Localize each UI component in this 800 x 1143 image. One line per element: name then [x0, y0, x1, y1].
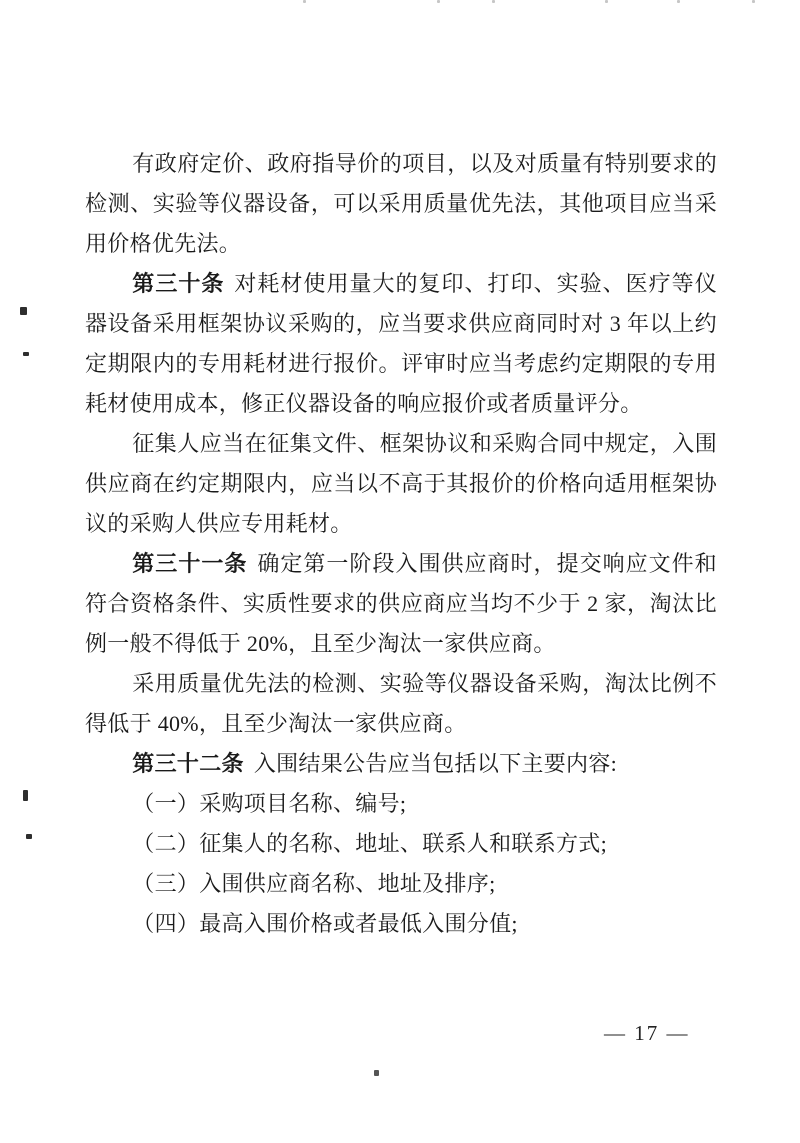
article-number: 第三十二条	[132, 751, 244, 776]
paragraph-text: 征集人应当在征集文件、框架协议和采购合同中规定，入围供应商在约定期限内，应当以不…	[85, 431, 717, 536]
paragraph-article-32: 第三十二条入围结果公告应当包括以下主要内容:	[85, 744, 717, 784]
scan-artifact	[605, 0, 608, 3]
paragraph-text: （四）最高入围价格或者最低入围分值;	[132, 911, 518, 936]
document-body: 有政府定价、政府指导价的项目，以及对质量有特别要求的检测、实验等仪器设备，可以采…	[85, 144, 717, 944]
scan-artifact	[752, 0, 755, 3]
scan-artifact	[20, 307, 27, 315]
scan-artifact	[492, 0, 495, 3]
scan-artifact	[374, 1070, 379, 1076]
paragraph: 有政府定价、政府指导价的项目，以及对质量有特别要求的检测、实验等仪器设备，可以采…	[85, 144, 717, 264]
scan-artifact	[437, 0, 440, 3]
paragraph-text: 有政府定价、政府指导价的项目，以及对质量有特别要求的检测、实验等仪器设备，可以采…	[85, 151, 717, 256]
scan-artifact	[677, 0, 680, 3]
paragraph-article-31: 第三十一条确定第一阶段入围供应商时，提交响应文件和符合资格条件、实质性要求的供应…	[85, 544, 717, 664]
list-item-2: （二）征集人的名称、地址、联系人和联系方式;	[85, 824, 717, 864]
paragraph: 采用质量优先法的检测、实验等仪器设备采购，淘汰比例不得低于 40%，且至少淘汰一…	[85, 664, 717, 744]
article-number: 第三十一条	[132, 551, 247, 576]
list-item-4: （四）最高入围价格或者最低入围分值;	[85, 904, 717, 944]
paragraph-text: （二）征集人的名称、地址、联系人和联系方式;	[132, 831, 607, 856]
document-page: 有政府定价、政府指导价的项目，以及对质量有特别要求的检测、实验等仪器设备，可以采…	[0, 0, 800, 1143]
scan-artifact	[23, 352, 29, 356]
list-item-1: （一）采购项目名称、编号;	[85, 784, 717, 824]
paragraph-text: 入围结果公告应当包括以下主要内容:	[254, 751, 617, 776]
article-number: 第三十条	[132, 271, 224, 296]
paragraph: 征集人应当在征集文件、框架协议和采购合同中规定，入围供应商在约定期限内，应当以不…	[85, 424, 717, 544]
page-number: — 17 —	[604, 1021, 690, 1046]
scan-artifact	[303, 0, 306, 3]
page-number-text: — 17 —	[604, 1021, 690, 1045]
scan-artifact	[26, 834, 32, 839]
paragraph-text: （一）采购项目名称、编号;	[132, 791, 406, 816]
paragraph-text: （三）入围供应商名称、地址及排序;	[132, 871, 495, 896]
list-item-3: （三）入围供应商名称、地址及排序;	[85, 864, 717, 904]
scan-artifact	[23, 790, 28, 801]
paragraph-text: 采用质量优先法的检测、实验等仪器设备采购，淘汰比例不得低于 40%，且至少淘汰一…	[85, 671, 717, 736]
paragraph-article-30: 第三十条对耗材使用量大的复印、打印、实验、医疗等仪器设备采用框架协议采购的，应当…	[85, 264, 717, 424]
